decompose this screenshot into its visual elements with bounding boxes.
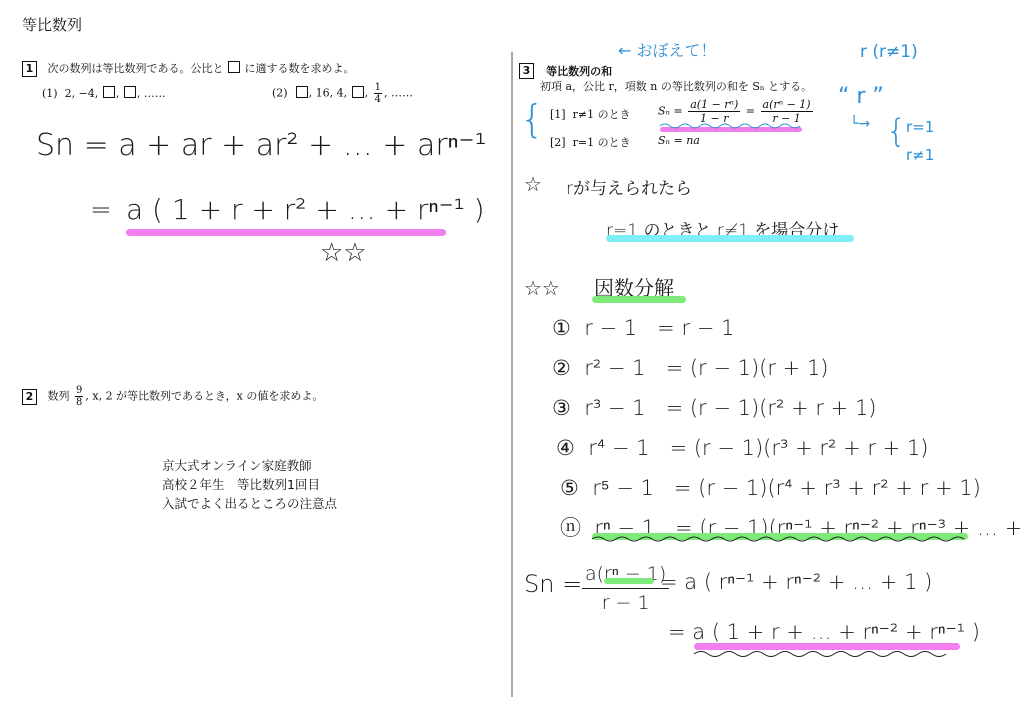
problem-1-prompt-tail: に適する数を求めよ。 [245, 62, 355, 75]
credit-line-3: 入試でよく出るところの注意点 [162, 494, 337, 513]
factor-row: ④ r⁴ − 1 = (r − 1)(r³ + r² + r + 1) [552, 428, 1024, 468]
double-star-mark: ☆☆ [320, 238, 367, 268]
case-1-eq: = [746, 105, 755, 118]
star-mark: ☆ [524, 172, 542, 196]
given-r-note: rが与えられたら [566, 174, 692, 199]
green-highlight [592, 296, 686, 303]
problem-1: 1 次の数列は等比数列である。公比と に適する数を求めよ。 [22, 60, 355, 77]
row-mark: ③ [552, 396, 571, 420]
green-highlight [604, 578, 654, 584]
sub2-terms-b: , …… [384, 87, 413, 100]
wavy-underline [592, 534, 968, 544]
f1-num: a(1 − rⁿ) [688, 98, 740, 112]
row-lhs: r³ − 1 [584, 396, 645, 420]
factorization-list: ① r − 1 = r − 1 ② r² − 1 = (r − 1)(r + 1… [552, 308, 1024, 548]
row-mark: ⑤ [560, 476, 579, 500]
cyan-highlight [606, 235, 854, 242]
credit-line-1: 京大式オンライン家庭教師 [162, 456, 337, 475]
case-2-label: [2] [550, 136, 566, 149]
blank-box [124, 86, 136, 98]
sn-rhs-descending: = a ( rⁿ⁻¹ + rⁿ⁻² + … + 1 ) [660, 570, 932, 595]
case-r-not-1: r≠1 [906, 146, 934, 164]
f2-num: a(rⁿ − 1) [761, 98, 813, 112]
blank-box [103, 86, 115, 98]
formula-fraction-2: a(rⁿ − 1)r − 1 [761, 98, 813, 125]
fraction-one-quarter: 14 [374, 82, 382, 105]
blue-brace: { [520, 100, 544, 138]
row-lhs: r⁴ − 1 [588, 436, 649, 460]
problem-1-prompt: 次の数列は等比数列である。公比と [48, 62, 224, 75]
frac-num: 1 [374, 82, 382, 94]
row-mark: ① [552, 316, 571, 340]
frac-den: 8 [76, 397, 82, 408]
row-lhs: r² − 1 [584, 356, 645, 380]
case-2-formula: Sₙ = na [658, 134, 700, 147]
problem-2-text: , x, 2 が等比数列であるとき，x の値を求めよ。 [85, 390, 323, 403]
frac-num: 9 [75, 385, 83, 397]
handwritten-equals: = [90, 195, 112, 225]
row-rhs: = (r − 1)(r + 1) [666, 356, 829, 380]
case-2: [2] r=1 のとき [550, 134, 631, 150]
sub1-terms-a: 2, −4, [65, 87, 99, 100]
row-mark: ⓝ [560, 516, 581, 540]
problem-2-prefix: 数列 [48, 390, 70, 403]
row-lhs: r⁵ − 1 [592, 476, 654, 500]
factor-row: ⑤ r⁵ − 1 = (r − 1)(r⁴ + r³ + r² + r + 1) [552, 468, 1024, 508]
section-3-title: 等比数列の和 [546, 65, 612, 78]
r-condition-note: r (r≠1) [860, 42, 918, 62]
handwritten-sn-expansion: Sn = a + ar + ar² + … + arⁿ⁻¹ [36, 128, 486, 163]
sn-denominator: r − 1 [602, 589, 650, 617]
problem-1-sub1: (1) 2, −4, , , …… [42, 86, 166, 100]
row-rhs: = (r − 1)(r³ + r² + r + 1) [670, 436, 929, 460]
formula-fraction-1: a(1 − rⁿ)1 − r [688, 98, 740, 125]
factor-row: ③ r³ − 1 = (r − 1)(r² + r + 1) [552, 388, 1024, 428]
case-r-equals-1: r=1 [906, 118, 934, 136]
row-mark: ② [552, 356, 571, 380]
section-3-heading: 3 等比数列の和 [519, 60, 612, 79]
case-1-condition: r≠1 のとき [573, 108, 631, 121]
blue-brace-small: { [886, 112, 906, 150]
wavy-underline [694, 648, 954, 660]
sn-lhs: Sn = [524, 570, 582, 598]
factor-row: ② r² − 1 = (r − 1)(r + 1) [552, 348, 1024, 388]
row-mark: ④ [556, 436, 575, 460]
row-rhs: = (r − 1)(r² + r + 1) [666, 396, 877, 420]
sub1-terms-b: , …… [137, 87, 166, 100]
row-rhs: = r − 1 [657, 316, 734, 340]
case-2-condition: r=1 のとき [573, 136, 631, 149]
section-number-3: 3 [519, 63, 534, 79]
page-title: 等比数列 [22, 14, 82, 35]
row-lhs: r − 1 [584, 316, 637, 340]
factor-row: ① r − 1 = r − 1 [552, 308, 1024, 348]
sub2-label: (2) [272, 87, 288, 100]
frac-den: 4 [375, 94, 381, 105]
problem-number-1: 1 [22, 61, 37, 77]
credit-block: 京大式オンライン家庭教師 高校２年生 等比数列1回目 入試でよく出るところの注意… [162, 456, 337, 513]
section-3-intro: 初項 a，公比 r，項数 n の等比数列の和を Sₙ とする。 [540, 78, 812, 94]
case-1-lhs: Sₙ = [658, 105, 683, 118]
arrow-note: └→ [850, 116, 870, 132]
blank-box [352, 86, 364, 98]
sub1-label: (1) [42, 87, 58, 100]
page-divider [511, 52, 513, 697]
fraction-nine-eighths: 98 [75, 385, 83, 408]
blue-wavy-underline [660, 122, 802, 130]
problem-number-2: 2 [22, 389, 37, 405]
row-rhs: = (r − 1)(r⁴ + r³ + r² + r + 1) [674, 476, 981, 500]
case-1-formula: Sₙ = a(1 − rⁿ)1 − r = a(rⁿ − 1)r − 1 [658, 98, 815, 125]
remember-note: ← おぼえて！ [618, 38, 717, 61]
case-1-label: [1] [550, 108, 566, 121]
sub2-terms-a: , 16, 4, [309, 87, 347, 100]
double-star-mark: ☆☆ [524, 276, 560, 300]
problem-1-sub2: (2) , 16, 4, , 14, …… [272, 82, 413, 105]
blank-box [228, 61, 240, 73]
sn-fraction: a(rⁿ − 1) r − 1 [582, 560, 669, 617]
sn-rhs-ascending: = a ( 1 + r + … + rⁿ⁻² + rⁿ⁻¹ ) [668, 620, 980, 645]
pink-highlight [126, 229, 446, 236]
blank-box [296, 86, 308, 98]
sn-numerator: a(rⁿ − 1) [582, 560, 669, 589]
credit-line-2: 高校２年生 等比数列1回目 [162, 475, 337, 494]
handwritten-sn-factored: a ( 1 + r + r² + … + rⁿ⁻¹ ) [126, 193, 485, 226]
problem-2: 2 数列 98, x, 2 が等比数列であるとき，x の値を求めよ。 [22, 385, 323, 408]
case-1: [1] r≠1 のとき [550, 106, 631, 122]
quoted-r-note: “ r ” [838, 84, 884, 109]
